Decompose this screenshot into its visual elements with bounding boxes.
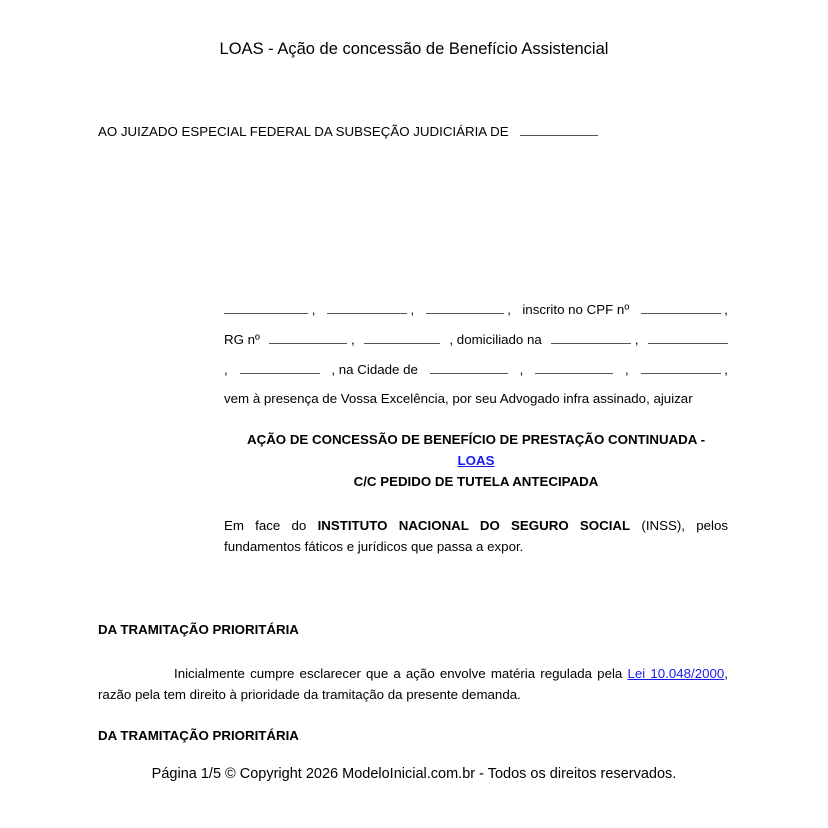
- blank-field: [535, 362, 613, 374]
- court-address-text: AO JUIZADO ESPECIAL FEDERAL DA SUBSEÇÃO …: [98, 124, 509, 139]
- action-heading-line-2: LOAS: [224, 453, 728, 468]
- court-address: AO JUIZADO ESPECIAL FEDERAL DA SUBSEÇÃO …: [98, 124, 598, 139]
- action-heading-line-1: AÇÃO DE CONCESSÃO DE BENEFÍCIO DE PRESTA…: [224, 432, 728, 447]
- blank-field: [327, 302, 407, 314]
- domicile-label: , domiciliado na: [449, 332, 541, 347]
- blank-field: [269, 332, 347, 344]
- law-link[interactable]: Lei 10.048/2000: [627, 666, 724, 681]
- action-heading-line-3: C/C PEDIDO DE TUTELA ANTECIPADA: [224, 474, 728, 489]
- defendant-name: INSTITUTO NACIONAL DO SEGURO SOCIAL: [318, 518, 631, 533]
- blank-field: [551, 332, 631, 344]
- blank-field: [641, 362, 721, 374]
- party-line-1: , , , inscrito no CPF nº ,: [224, 302, 728, 317]
- blank-field: [224, 302, 308, 314]
- blank-field: [364, 332, 440, 344]
- cpf-label: inscrito no CPF nº: [522, 302, 629, 317]
- blank-field: [430, 362, 508, 374]
- priority-paragraph: Inicialmente cumpre esclarecer que a açã…: [98, 663, 728, 705]
- rg-label: RG nº: [224, 332, 260, 347]
- loas-link[interactable]: LOAS: [458, 453, 495, 468]
- party-line-4: vem à presença de Vossa Excelência, por …: [224, 391, 728, 406]
- blank-field: [520, 124, 598, 136]
- page-footer: Página 1/5 © Copyright 2026 ModeloInicia…: [0, 766, 828, 782]
- section-heading: DA TRAMITAÇÃO PRIORITÁRIA: [98, 622, 299, 637]
- section-heading: DA TRAMITAÇÃO PRIORITÁRIA: [98, 728, 299, 743]
- defendant-prefix: Em face do: [224, 518, 306, 533]
- blank-field: [240, 362, 320, 374]
- document-title: LOAS - Ação de concessão de Benefício As…: [0, 40, 828, 59]
- priority-text-before: Inicialmente cumpre esclarecer que a açã…: [174, 666, 622, 681]
- party-line-3: , , na Cidade de , , ,: [224, 362, 728, 377]
- defendant-paragraph: Em face do INSTITUTO NACIONAL DO SEGURO …: [224, 515, 728, 557]
- party-line-2: RG nº , , domiciliado na ,: [224, 332, 728, 347]
- blank-field: [648, 332, 728, 344]
- city-label: , na Cidade de: [331, 362, 418, 377]
- blank-field: [641, 302, 721, 314]
- blank-field: [426, 302, 504, 314]
